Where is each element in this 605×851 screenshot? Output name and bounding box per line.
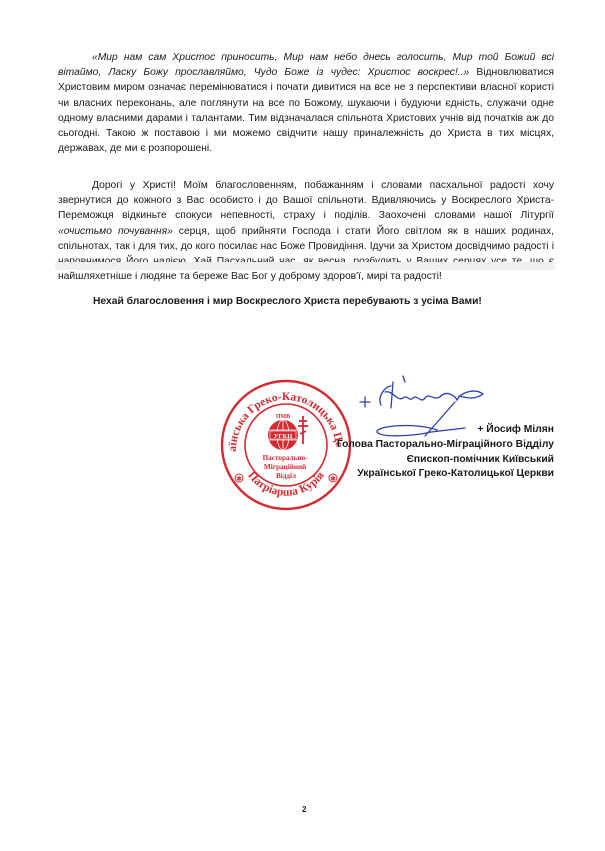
svg-text:✱: ✱ bbox=[330, 475, 336, 483]
paragraph-1: «Мир нам сам Христос приносить, Мир нам … bbox=[58, 50, 554, 156]
cross-icon bbox=[298, 416, 308, 444]
signature-block: + Йосиф Мілян Голова Пасторально-Міграці… bbox=[337, 423, 554, 482]
page-number: 2 bbox=[302, 805, 306, 814]
signer-name: + Йосиф Мілян bbox=[337, 423, 554, 438]
paragraph-2-text-before: Дорогі у Христі! Моїм благословенням, по… bbox=[58, 180, 554, 221]
church-seal-stamp: Українська Греко-Католицька Церква Патрі… bbox=[219, 378, 353, 512]
signer-church: Української Греко-Католицької Церкви bbox=[337, 467, 554, 482]
paragraph-1-text: Відновлюватися Христовим миром означає п… bbox=[58, 67, 554, 154]
paragraph-shading bbox=[55, 262, 555, 270]
globe-icon: УГКЦ bbox=[268, 420, 298, 450]
svg-text:✱: ✱ bbox=[236, 475, 242, 483]
signer-title: Голова Пасторально-Міграційного Відділу bbox=[337, 438, 554, 453]
svg-text:УГКЦ: УГКЦ bbox=[274, 433, 293, 440]
liturgy-quote: «очистьмо почування» bbox=[58, 226, 173, 237]
stamp-logo-top: ПМВ bbox=[276, 414, 290, 420]
closing-blessing: Нехай благословення і мир Воскреслого Хр… bbox=[93, 296, 482, 307]
stamp-department-text: Пасторально- Міграційний Відділ bbox=[263, 454, 310, 480]
signer-role: Єпископ-помічник Київський bbox=[337, 453, 554, 468]
